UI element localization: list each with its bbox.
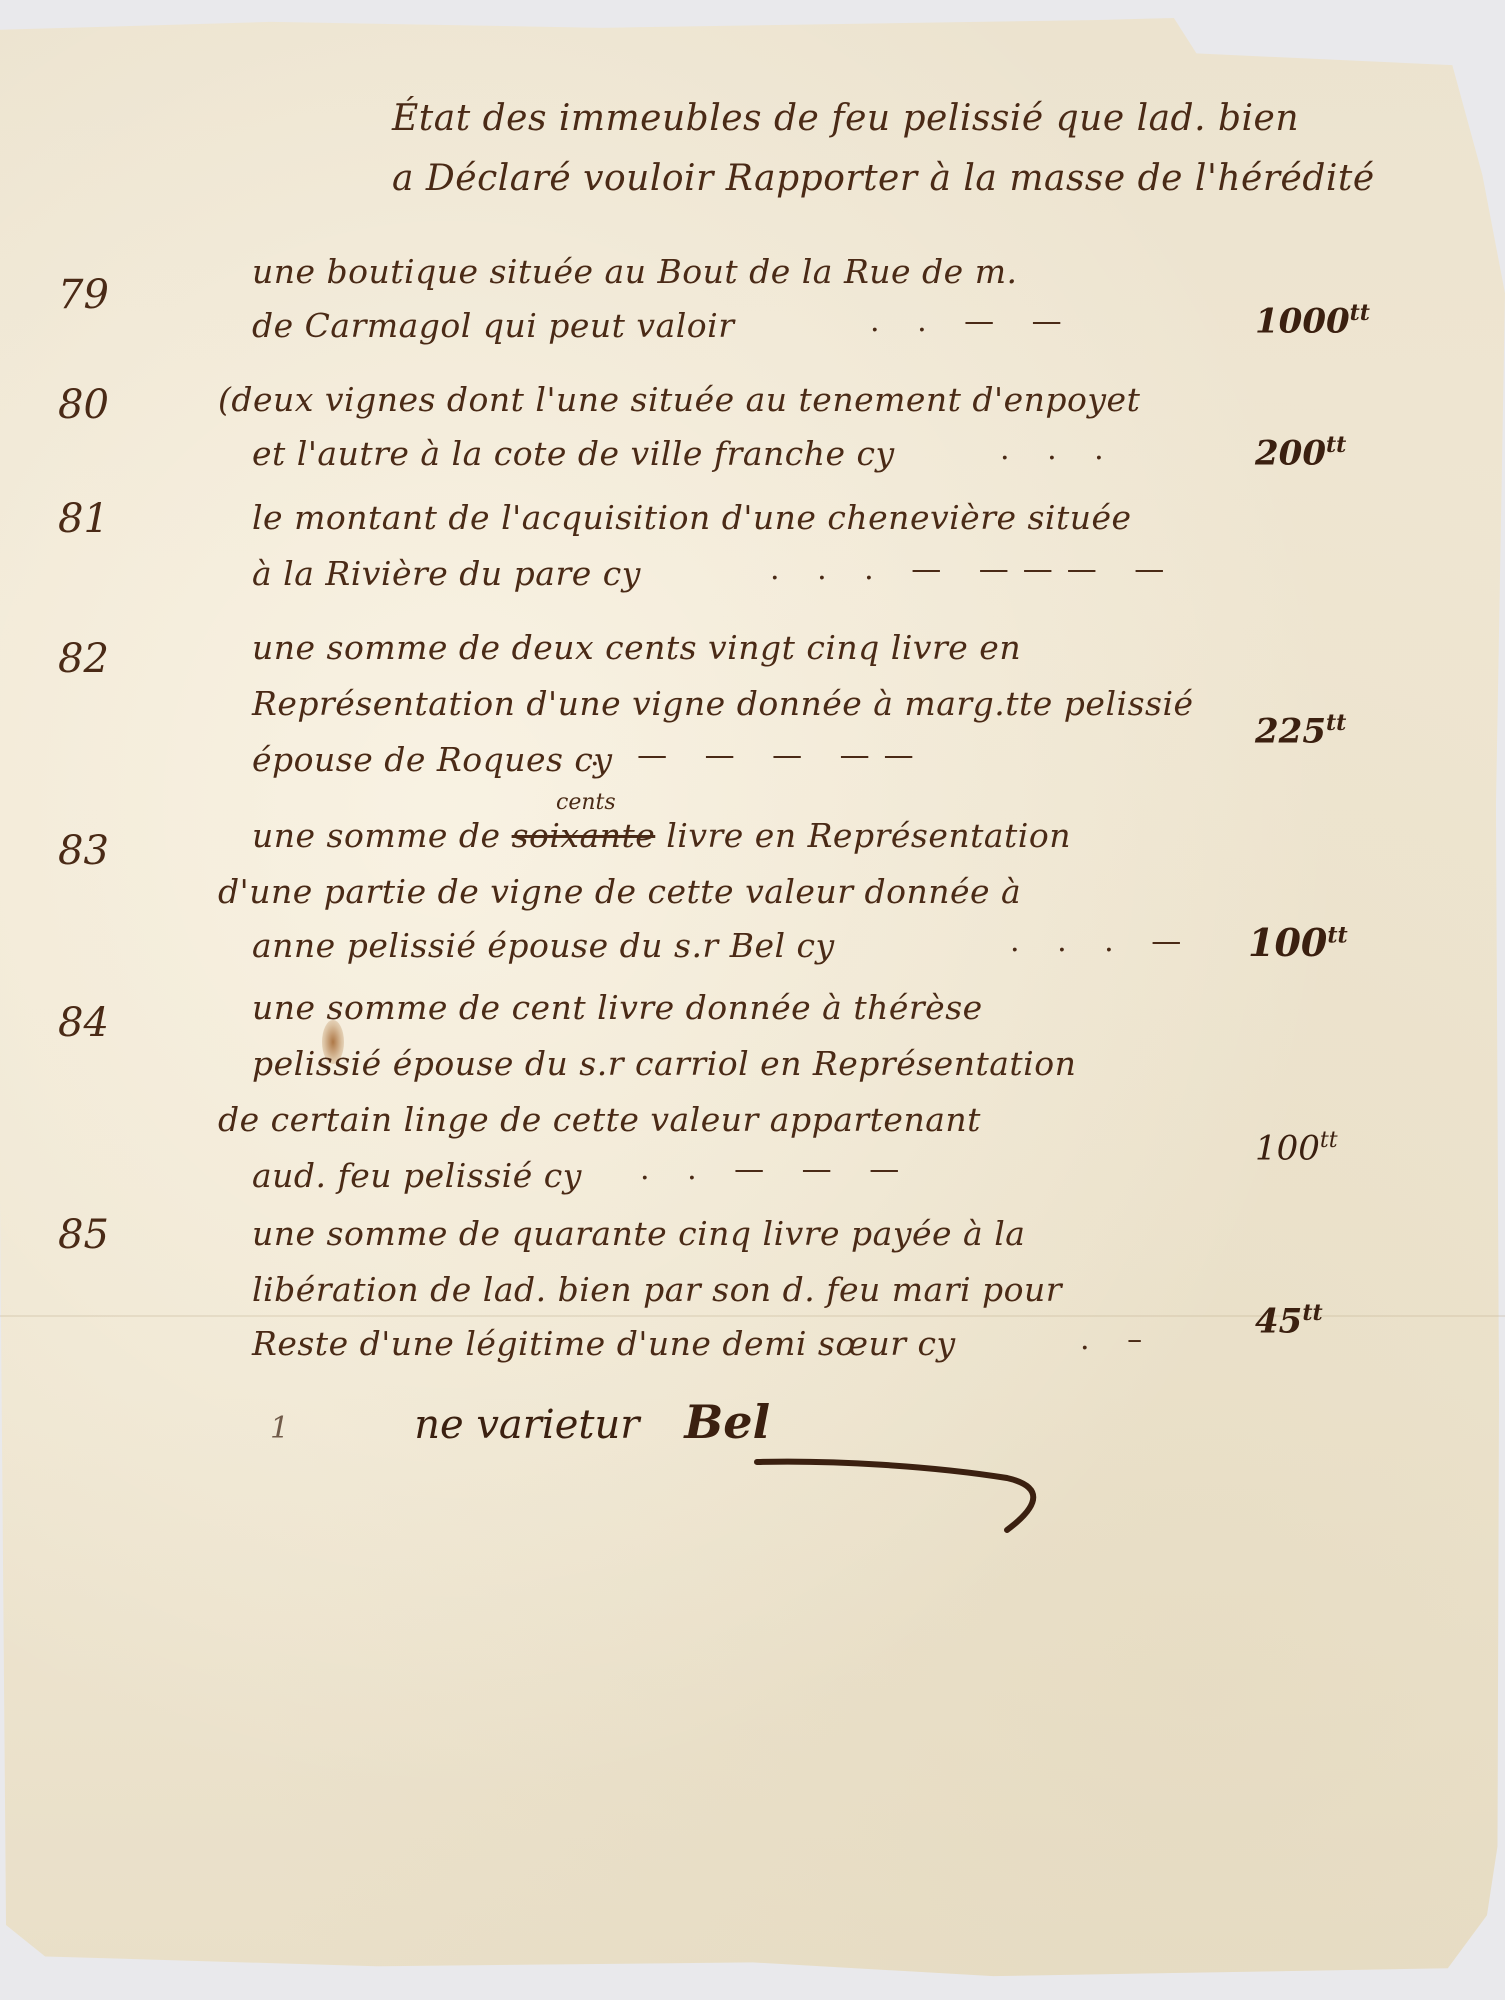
amount-value: 1000: [1255, 301, 1350, 341]
entry-line: de Carmagol qui peut valoir: [252, 306, 735, 345]
struck-out-word: soixante: [512, 816, 656, 855]
amount-value: 200: [1255, 433, 1326, 473]
signature-block: 1 ne varietur Bel: [270, 1395, 770, 1449]
entry-line: pelissié épouse du s.r carriol en Représ…: [252, 1044, 1076, 1083]
entry-line: aud. feu pelissié cy: [252, 1156, 582, 1195]
entry-line: une somme de deux cents vingt cinq livre…: [252, 628, 1021, 667]
leader-dashes: . –: [1080, 1322, 1156, 1357]
entry-line: une somme de quarante cinq livre payée à…: [252, 1214, 1025, 1253]
ne-varietur-text: ne varietur: [414, 1402, 639, 1448]
entry-number: 85: [58, 1212, 109, 1258]
entry-number: 79: [58, 272, 109, 318]
entry-line: une boutique située au Bout de la Rue de…: [252, 252, 1017, 291]
entry-line: une somme de soixante livre en Représent…: [252, 816, 1071, 855]
document-title-line-2: a Déclaré vouloir Rapporter à la masse d…: [392, 158, 1375, 199]
livre-unit: tt: [1326, 432, 1346, 458]
entry-number: 82: [58, 636, 109, 682]
amount-value: 45: [1255, 1301, 1302, 1341]
entry-amount: 100tt: [1248, 920, 1348, 965]
entry-amount: 200tt: [1255, 432, 1346, 473]
entry-amount: 45tt: [1255, 1300, 1323, 1341]
leader-dashes: . . — —: [870, 304, 1076, 339]
entry-line: de certain linge de cette valeur apparte…: [218, 1100, 981, 1139]
livre-unit: tt: [1320, 1128, 1338, 1153]
entry-line: épouse de Roques cy: [252, 740, 613, 779]
amount-value: 100: [1248, 920, 1327, 965]
leader-dashes: . . . —: [1010, 924, 1195, 959]
leader-dashes: . . — — —: [640, 1152, 913, 1187]
entry-line: Reste d'une légitime d'une demi sœur cy: [252, 1324, 956, 1363]
entry-line: (deux vignes dont l'une située au teneme…: [218, 380, 1140, 419]
livre-unit: tt: [1326, 710, 1346, 736]
entry-number: 83: [58, 828, 109, 874]
amount-value: 100: [1255, 1128, 1320, 1168]
entry-line: d'une partie de vigne de cette valeur do…: [218, 872, 1021, 911]
entry-number: 84: [58, 1000, 109, 1046]
entry-number: 81: [58, 496, 109, 542]
entry-line: anne pelissié épouse du s.r Bel cy: [252, 926, 835, 965]
entry-line: Représentation d'une vigne donnée à marg…: [252, 684, 1194, 723]
entry-line: une somme de cent livre donnée à thérèse: [252, 988, 983, 1027]
document-title-line-1: État des immeubles de feu pelissié que l…: [392, 98, 1299, 139]
leader-dashes: . . . — ——— —: [770, 552, 1178, 587]
signature-flourish-icon: [752, 1452, 1052, 1542]
livre-unit: tt: [1350, 300, 1370, 326]
entry-amount: 1000tt: [1255, 300, 1370, 341]
entry-line: et l'autre à la cote de ville franche cy: [252, 434, 895, 473]
entry-line: le montant de l'acquisition d'une chenev…: [252, 498, 1132, 537]
interlinear-insertion: cents: [556, 790, 616, 815]
signature-mark: 1: [270, 1411, 289, 1446]
livre-unit: tt: [1302, 1300, 1322, 1326]
entry-number: 80: [58, 382, 109, 428]
entry-amount: 225tt: [1255, 710, 1346, 751]
amount-value: 225: [1255, 711, 1326, 751]
leader-dashes: . — — — ——: [590, 738, 928, 773]
leader-dashes: . . .: [1000, 432, 1118, 467]
entry-line: à la Rivière du pare cy: [252, 554, 641, 593]
entry-amount: 100tt: [1255, 1128, 1338, 1168]
livre-unit: tt: [1327, 922, 1347, 948]
entry-line: libération de lad. bien par son d. feu m…: [252, 1270, 1062, 1309]
signature-name: Bel: [684, 1395, 770, 1449]
